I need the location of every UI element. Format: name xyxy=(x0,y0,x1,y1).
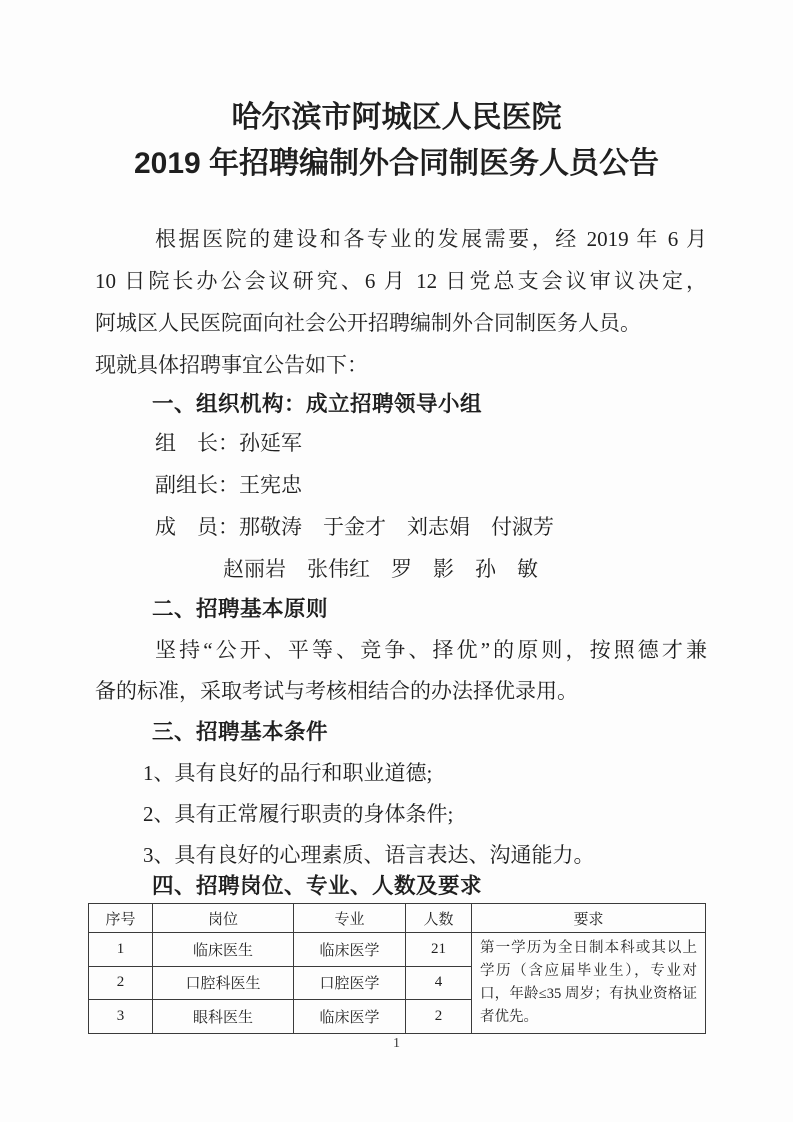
cell-post: 临床医生 xyxy=(153,933,294,967)
table-row: 1 临床医生 临床医学 21 第一学历为全日制本科或其以上学历（含应届毕业生），… xyxy=(89,933,706,967)
cell-count: 4 xyxy=(406,966,472,1000)
cell-major: 口腔医学 xyxy=(294,966,406,1000)
document-page: 哈尔滨市阿城区人民医院 2019 年招聘编制外合同制医务人员公告 根据医院的建设… xyxy=(0,0,793,1122)
cell-index: 3 xyxy=(89,1000,153,1034)
cell-major: 临床医学 xyxy=(294,1000,406,1034)
col-header-count: 人数 xyxy=(406,904,472,933)
cell-index: 2 xyxy=(89,966,153,1000)
org-members-line-1: 成 员：那敬涛 于金才 刘志娟 付淑芳 xyxy=(95,507,707,548)
org-deputy-line: 副组长：王宪忠 xyxy=(95,465,707,506)
section-heading-conditions: 三、招聘基本条件 xyxy=(95,712,707,753)
page-number: 1 xyxy=(0,1036,793,1052)
col-header-post: 岗位 xyxy=(153,904,294,933)
section-heading-organization: 一、组织机构：成立招聘领导小组 xyxy=(95,384,707,425)
section-heading-principles: 二、招聘基本原则 xyxy=(95,589,707,630)
recruitment-positions-table: 序号 岗位 专业 人数 要求 1 临床医生 临床医学 21 第一学历为全日制本科… xyxy=(88,903,706,1034)
col-header-major: 专业 xyxy=(294,904,406,933)
table-header-row: 序号 岗位 专业 人数 要求 xyxy=(89,904,706,933)
intro-line-4: 现就具体招聘事宜公告如下： xyxy=(95,345,707,386)
principles-line-2: 备的标准，采取考试与考核相结合的办法择优录用。 xyxy=(95,671,707,712)
document-title-line2: 2019 年招聘编制外合同制医务人员公告 xyxy=(0,141,793,186)
cell-count: 2 xyxy=(406,1000,472,1034)
document-title-line1: 哈尔滨市阿城区人民医院 xyxy=(0,95,793,140)
col-header-index: 序号 xyxy=(89,904,153,933)
cell-index: 1 xyxy=(89,933,153,967)
col-header-requirement: 要求 xyxy=(472,904,706,933)
principles-line-1: 坚持“公开、平等、竞争、择优”的原则，按照德才兼 xyxy=(95,630,707,671)
cell-count: 21 xyxy=(406,933,472,967)
org-leader-line: 组 长：孙延军 xyxy=(95,423,707,464)
condition-item-1: 1、具有良好的品行和职业道德; xyxy=(95,753,707,794)
org-members-line-2: 赵丽岩 张伟红 罗 影 孙 敏 xyxy=(95,549,707,590)
cell-requirement: 第一学历为全日制本科或其以上学历（含应届毕业生），专业对口，年龄≤35 周岁；有… xyxy=(472,933,706,1034)
intro-line-1: 根据医院的建设和各专业的发展需要，经 2019 年 6 月 xyxy=(95,219,707,260)
cell-post: 口腔科医生 xyxy=(153,966,294,1000)
section-heading-positions: 四、招聘岗位、专业、人数及要求 xyxy=(95,866,707,907)
cell-post: 眼科医生 xyxy=(153,1000,294,1034)
intro-line-3: 阿城区人民医院面向社会公开招聘编制外合同制医务人员。 xyxy=(95,303,707,344)
intro-line-2: 10 日院长办公会议研究、6 月 12 日党总支会议审议决定， xyxy=(95,261,707,302)
cell-major: 临床医学 xyxy=(294,933,406,967)
condition-item-2: 2、具有正常履行职责的身体条件; xyxy=(95,794,707,835)
